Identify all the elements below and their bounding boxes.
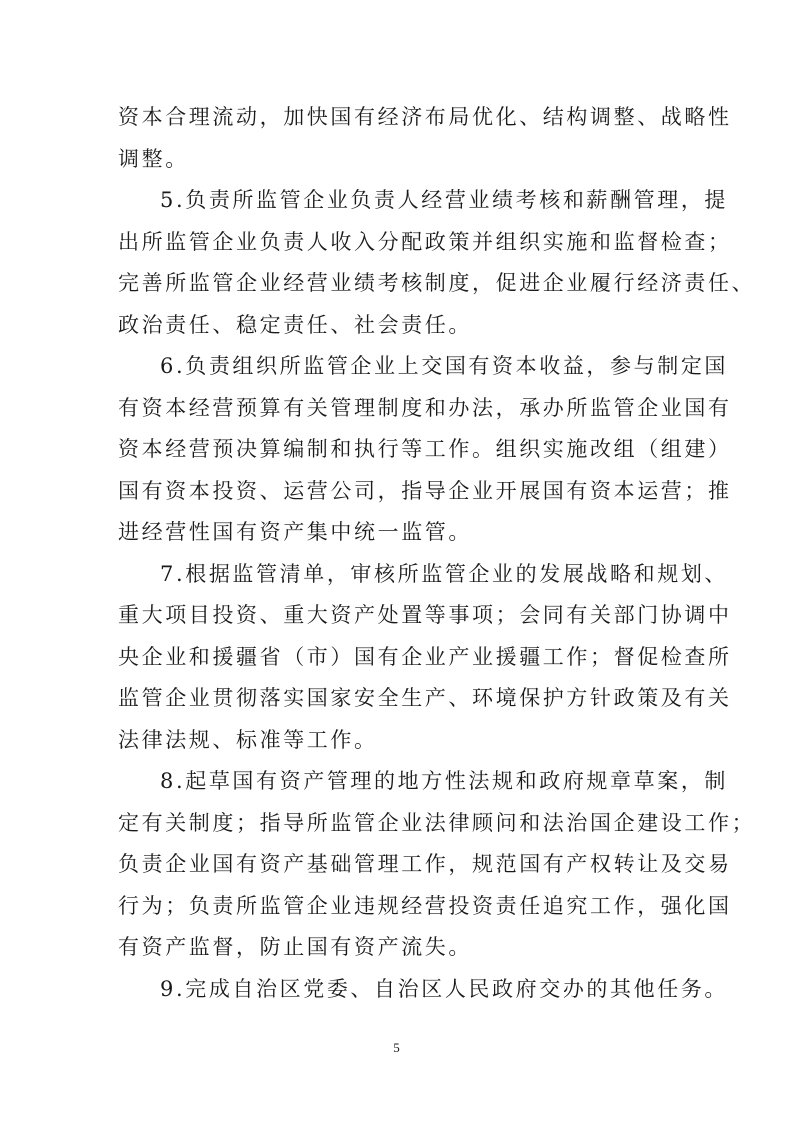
paragraph-continuation: 资本合理流动，加快国有经济布局优化、结构调整、战略性 调整。 <box>118 97 678 180</box>
text-line: 资本经营预决算编制和执行等工作。组织实施改组（组建） <box>118 429 678 471</box>
text-line: 进经营性国有资产集中统一监管。 <box>118 512 678 554</box>
text-line: 重大项目投资、重大资产处置等事项；会同有关部门协调中 <box>118 595 678 637</box>
text-line: 调整。 <box>118 139 678 181</box>
text-line: 9.完成自治区党委、自治区人民政府交办的其他任务。 <box>118 969 678 1011</box>
text-line: 8.起草国有资产管理的地方性法规和政府规章草案，制 <box>118 761 678 803</box>
document-page: 资本合理流动，加快国有经济布局优化、结构调整、战略性 调整。 5.负责所监管企业… <box>0 0 793 1122</box>
paragraph-item-5: 5.负责所监管企业负责人经营业绩考核和薪酬管理，提 出所监管企业负责人收入分配政… <box>118 180 678 346</box>
document-body: 资本合理流动，加快国有经济布局优化、结构调整、战略性 调整。 5.负责所监管企业… <box>118 97 678 1010</box>
text-line: 完善所监管企业经营业绩考核制度，促进企业履行经济责任、 <box>118 263 678 305</box>
paragraph-item-6: 6.负责组织所监管企业上交国有资本收益，参与制定国 有资本经营预算有关管理制度和… <box>118 346 678 554</box>
text-line: 行为；负责所监管企业违规经营投资责任追究工作，强化国 <box>118 886 678 928</box>
text-line: 定有关制度；指导所监管企业法律顾问和法治国企建设工作； <box>118 803 678 845</box>
text-line: 监管企业贯彻落实国家安全生产、环境保护方针政策及有关 <box>118 678 678 720</box>
text-line: 6.负责组织所监管企业上交国有资本收益，参与制定国 <box>118 346 678 388</box>
text-line: 出所监管企业负责人收入分配政策并组织实施和监督检查； <box>118 222 678 264</box>
text-line: 5.负责所监管企业负责人经营业绩考核和薪酬管理，提 <box>118 180 678 222</box>
text-line: 7.根据监管清单，审核所监管企业的发展战略和规划、 <box>118 554 678 596</box>
text-line: 资本合理流动，加快国有经济布局优化、结构调整、战略性 <box>118 97 678 139</box>
text-line: 国有资本投资、运营公司，指导企业开展国有资本运营；推 <box>118 471 678 513</box>
text-line: 负责企业国有资产基础管理工作，规范国有产权转让及交易 <box>118 844 678 886</box>
paragraph-item-7: 7.根据监管清单，审核所监管企业的发展战略和规划、 重大项目投资、重大资产处置等… <box>118 554 678 762</box>
paragraph-item-8: 8.起草国有资产管理的地方性法规和政府规章草案，制 定有关制度；指导所监管企业法… <box>118 761 678 969</box>
page-number: 5 <box>0 1040 793 1056</box>
text-line: 有资产监督，防止国有资产流失。 <box>118 927 678 969</box>
text-line: 有资本经营预算有关管理制度和办法，承办所监管企业国有 <box>118 388 678 430</box>
text-line: 法律法规、标准等工作。 <box>118 720 678 762</box>
paragraph-item-9: 9.完成自治区党委、自治区人民政府交办的其他任务。 <box>118 969 678 1011</box>
text-line: 央企业和援疆省（市）国有企业产业援疆工作；督促检查所 <box>118 637 678 679</box>
text-line: 政治责任、稳定责任、社会责任。 <box>118 305 678 347</box>
